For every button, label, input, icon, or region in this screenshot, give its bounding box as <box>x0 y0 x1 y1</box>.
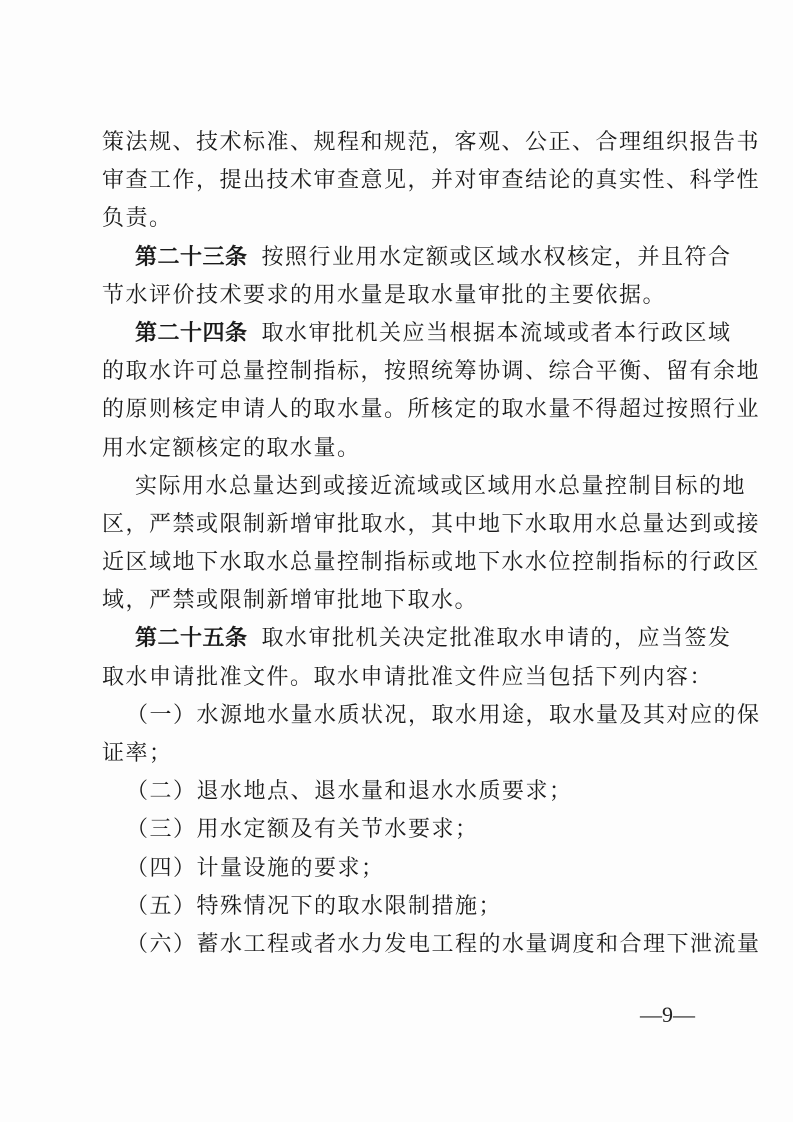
document-page: 策法规、技术标准、规程和规范，客观、公正、合理组织报告书 审查工作，提出技术审查… <box>0 0 793 1122</box>
text-line: 取水申请批准文件。取水申请批准文件应当包括下列内容： <box>102 659 702 697</box>
text-line: 的取水许可总量控制指标，按照统筹协调、综合平衡、留有余地 <box>102 353 702 391</box>
page-number: —9— <box>640 1002 695 1028</box>
list-item-4: （四）计量设施的要求； <box>102 850 702 888</box>
article-text: 取水审批机关应当根据本流域或者本行政区域 <box>262 321 732 346</box>
list-item-2: （二）退水地点、退水量和退水水质要求； <box>102 773 702 811</box>
article-heading: 第二十三条 <box>135 245 248 270</box>
text-line: 策法规、技术标准、规程和规范，客观、公正、合理组织报告书 <box>102 124 702 162</box>
body-text: 策法规、技术标准、规程和规范，客观、公正、合理组织报告书 审查工作，提出技术审查… <box>102 124 702 964</box>
text-line: 审查工作，提出技术审查意见，并对审查结论的真实性、科学性 <box>102 162 702 200</box>
text-line: 的原则核定申请人的取水量。所核定的取水量不得超过按照行业 <box>102 391 702 429</box>
list-item-6: （六）蓄水工程或者水力发电工程的水量调度和合理下泄流量 <box>102 926 702 964</box>
text-line: 用水定额核定的取水量。 <box>102 430 702 468</box>
text-line: 节水评价技术要求的用水量是取水量审批的主要依据。 <box>102 277 702 315</box>
list-item-3: （三）用水定额及有关节水要求； <box>102 811 702 849</box>
list-item-1: （一）水源地水量水质状况，取水用途，取水量及其对应的保 <box>102 697 702 735</box>
article-text: 按照行业用水定额或区域水权核定，并且符合 <box>262 245 732 270</box>
text-line: 证率； <box>102 735 702 773</box>
article-25: 第二十五条取水审批机关决定批准取水申请的，应当签发 <box>102 620 702 658</box>
article-heading: 第二十五条 <box>135 626 248 651</box>
paragraph-start: 实际用水总量达到或接近流域或区域用水总量控制目标的地 <box>102 468 702 506</box>
list-item-5: （五）特殊情况下的取水限制措施； <box>102 888 702 926</box>
text-line: 域，严禁或限制新增审批地下取水。 <box>102 582 702 620</box>
text-line: 近区域地下水取水总量控制指标或地下水水位控制指标的行政区 <box>102 544 702 582</box>
article-24: 第二十四条取水审批机关应当根据本流域或者本行政区域 <box>102 315 702 353</box>
article-heading: 第二十四条 <box>135 321 248 346</box>
article-23: 第二十三条按照行业用水定额或区域水权核定，并且符合 <box>102 239 702 277</box>
text-line: 区，严禁或限制新增审批取水，其中地下水取用水总量达到或接 <box>102 506 702 544</box>
article-text: 取水审批机关决定批准取水申请的，应当签发 <box>262 626 732 651</box>
text-line: 负责。 <box>102 200 702 238</box>
